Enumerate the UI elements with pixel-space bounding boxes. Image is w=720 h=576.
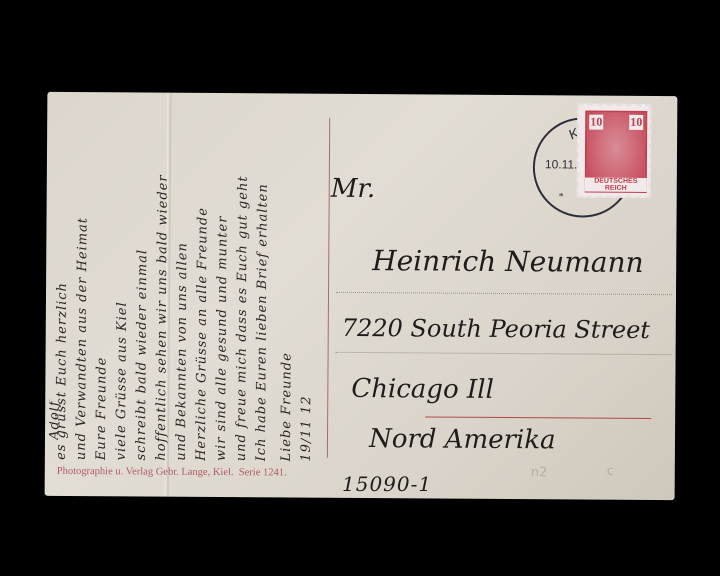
- message-line: und Bekannten von uns allen: [174, 101, 197, 461]
- address-street: 7220 South Peoria Street: [342, 314, 650, 344]
- postage-stamp: 10 10 DEUTSCHES REICH: [577, 104, 652, 199]
- address-rule: [336, 352, 672, 355]
- stamp-value-right: 10: [629, 115, 643, 130]
- message-line: und freue mich dass es Euch gut geht: [234, 101, 257, 461]
- message-line: schreibt bald wieder einmal: [134, 100, 157, 460]
- message-line: Herzliche Grüsse an alle Freunde: [194, 101, 217, 461]
- pencil-mark: c: [607, 464, 614, 479]
- message-line: wir sind alle gesund und munter: [214, 101, 237, 461]
- germania-portrait: 10 10 DEUTSCHES REICH: [585, 111, 648, 193]
- address-name: Heinrich Neumann: [372, 244, 644, 279]
- address-salutation: Mr.: [331, 174, 376, 204]
- pencil-mark: n2: [531, 465, 548, 480]
- message-date: 19/11 12: [299, 102, 322, 462]
- message-opening: Liebe Freunde: [279, 101, 302, 461]
- address-rule: [336, 292, 672, 295]
- message-line: Eure Freunde: [94, 100, 117, 460]
- handwritten-message: 19/11 12 Liebe Freunde Ich habe Euren li…: [49, 100, 328, 462]
- vertical-divider: [327, 118, 330, 458]
- address-underline: [425, 416, 651, 419]
- series-number: Serie 1241.: [239, 467, 287, 478]
- message-line: Ich habe Euren lieben Brief erhalten: [254, 101, 277, 461]
- address-city: Chicago Ill: [351, 374, 494, 405]
- postmark-date: 10.11.: [545, 157, 578, 171]
- postcard: 19/11 12 Liebe Freunde Ich habe Euren li…: [45, 92, 678, 500]
- reference-number: 15090-1: [342, 472, 432, 496]
- stamp-value-left: 10: [589, 115, 603, 130]
- postmark-star-icon: *: [559, 191, 564, 202]
- message-signature: Adolf: [49, 290, 68, 440]
- message-line: und Verwandten aus der Heimat: [74, 100, 97, 460]
- stamp-country: DEUTSCHES REICH: [585, 178, 647, 192]
- address-country: Nord Amerika: [369, 424, 556, 455]
- message-line: viele Grüsse aus Kiel: [114, 100, 137, 460]
- message-line: hoffentlich sehen wir uns bald wieder: [154, 101, 177, 461]
- publisher-imprint: Photographie u. Verlag Gebr. Lange, Kiel…: [57, 466, 287, 479]
